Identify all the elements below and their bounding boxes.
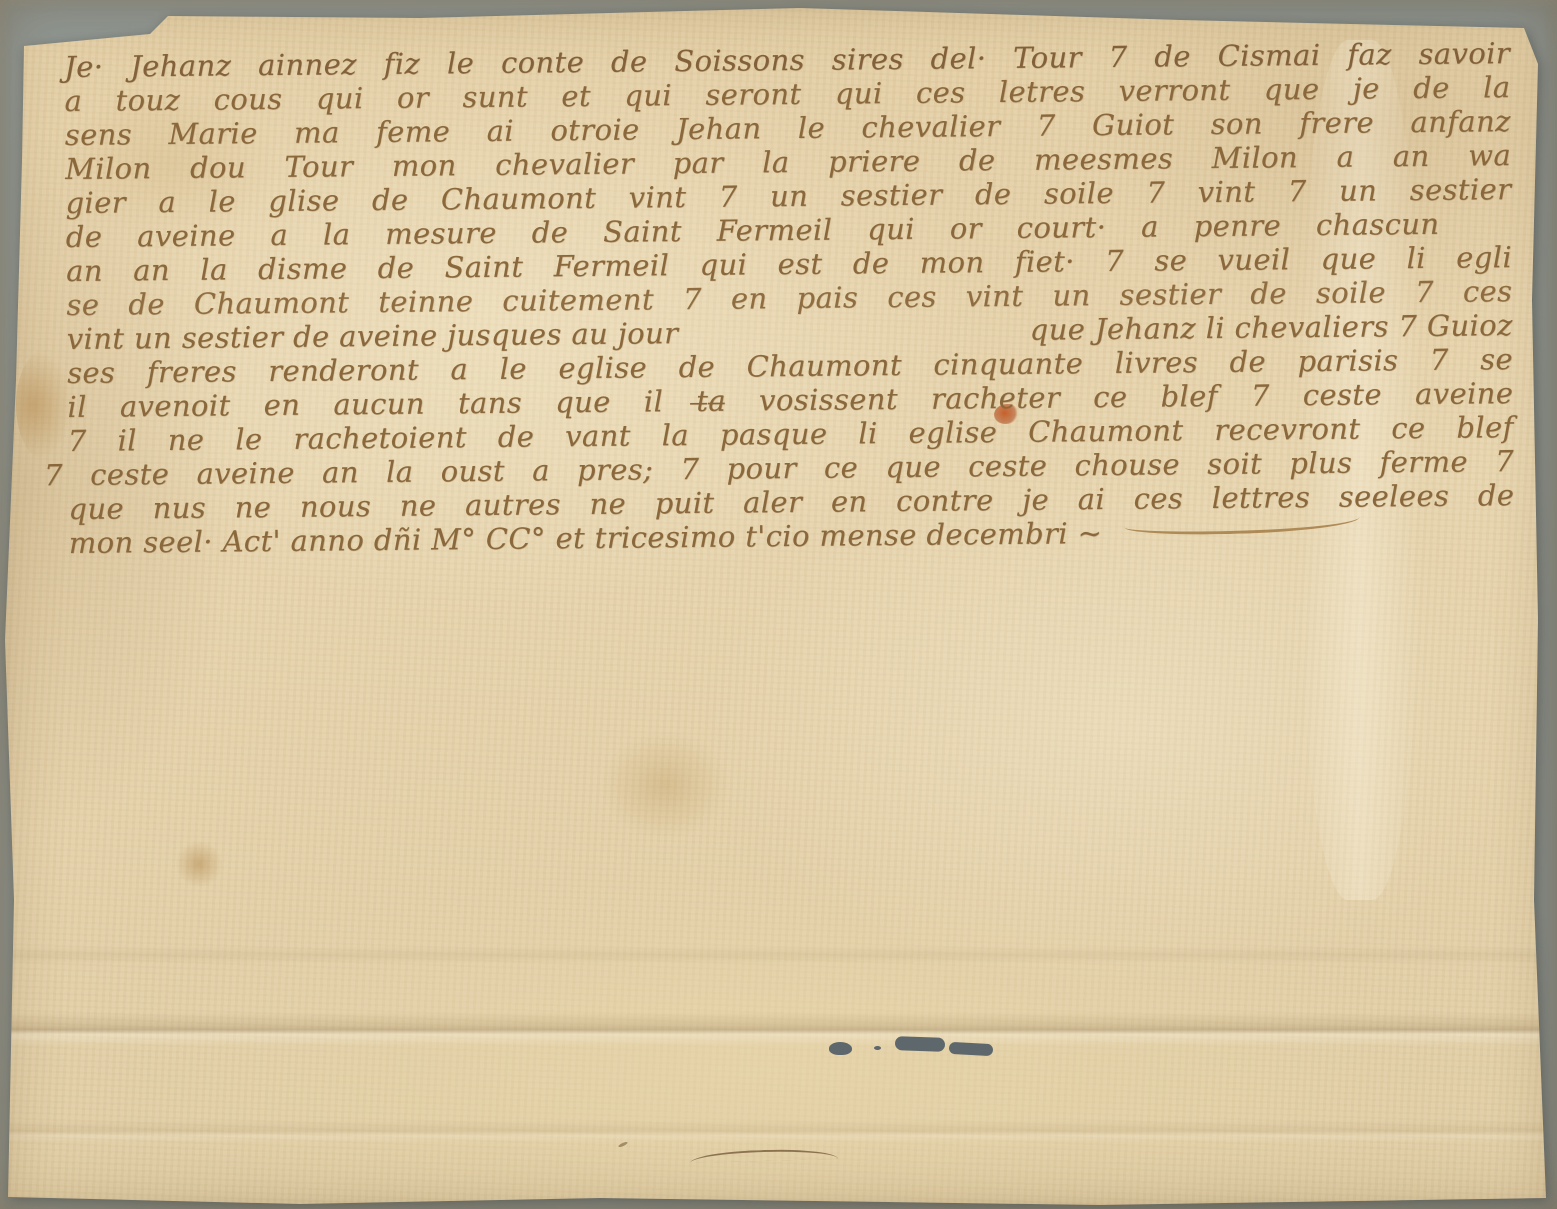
- graphite-mark: [874, 1046, 881, 1050]
- pen-flourish: [1124, 514, 1359, 537]
- fold-crease: [0, 946, 1557, 964]
- stray-pen-dot: [618, 1141, 628, 1148]
- fold-crease: [0, 1012, 1557, 1046]
- stain: [16, 350, 74, 460]
- graphite-mark: [949, 1042, 994, 1056]
- stray-pen-stroke: [690, 1148, 838, 1163]
- photo-background: Je· Jehanz ainnez fiz le conte de Soisso…: [0, 0, 1557, 1209]
- graphite-mark: [829, 1042, 852, 1055]
- stain: [600, 730, 730, 840]
- fold-crease: [0, 1120, 1557, 1142]
- parchment-surface: Je· Jehanz ainnez fiz le conte de Soisso…: [0, 0, 1557, 1209]
- parchment-sheet: Je· Jehanz ainnez fiz le conte de Soisso…: [0, 0, 1557, 1209]
- manuscript-line-9-right: que Jehanz li chevaliers 7 Guioz: [1029, 308, 1512, 347]
- graphite-mark: [895, 1036, 945, 1052]
- stain: [176, 838, 222, 890]
- charter-text: Je· Jehanz ainnez fiz le conte de Soisso…: [64, 36, 1515, 560]
